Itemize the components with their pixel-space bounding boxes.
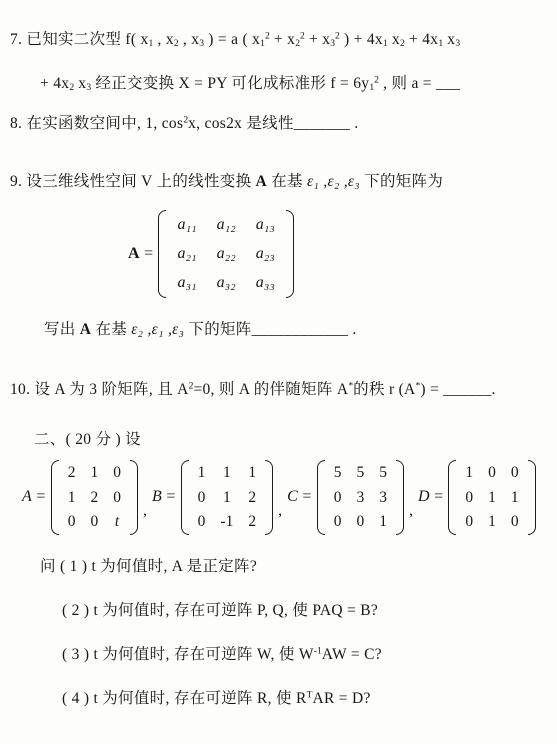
- section-2-question-1: 问 ( 1 ) t 为何值时, A 是正定阵?: [10, 557, 551, 577]
- matrix-B-grid: 1110120-12: [181, 460, 273, 535]
- section-2-question-4: ( 4 ) t 为何值时, 存在可逆阵 R, 使 RTAR = D?: [10, 689, 551, 709]
- matrix-A-label: A =: [128, 245, 153, 263]
- problem-9-statement: 9. 设三维线性空间 V 上的线性变换 A 在基 ε₁ ,ε₂ ,ε₃ 下的矩阵…: [10, 172, 551, 192]
- matrix-B-label: B =: [152, 488, 176, 506]
- matrix-A2-label: A =: [22, 488, 46, 506]
- problem-9-answer-line: 写出 A 在基 ε₂ ,ε₁ ,ε₃ 下的矩阵____________ .: [10, 320, 551, 340]
- matrix-D-grid: 100011010: [448, 460, 535, 535]
- problem-7-line-1: 7. 已知实二次型 f( x1 , x2 , x3 ) = a ( x12 + …: [10, 30, 551, 50]
- matrix-A-grid: a₁₁a₁₂a₁₃a₂₁a₂₂a₂₃a₃₁a₃₂a₃₃: [158, 210, 293, 298]
- section-2-question-2: ( 2 ) t 为何值时, 存在可逆阵 P, Q, 使 PAQ = B?: [10, 601, 551, 621]
- matrix-A-block: A = 21012000t: [22, 460, 138, 535]
- section-2-header: 二、( 20 分 ) 设: [10, 430, 551, 450]
- problem-10: 10. 设 A 为 3 阶矩阵, 且 A2=0, 则 A 的伴随矩阵 A*的秩 …: [10, 380, 551, 400]
- matrix-separator-3: ,: [409, 474, 413, 520]
- matrix-separator-1: ,: [143, 474, 147, 520]
- exam-page: 7. 已知实二次型 f( x1 , x2 , x3 ) = a ( x12 + …: [0, 0, 557, 744]
- section-2-question-3: ( 3 ) t 为何值时, 存在可逆阵 W, 使 W-1AW = C?: [10, 645, 551, 665]
- problem-9-matrix: A = a₁₁a₁₂a₁₃a₂₁a₂₂a₂₃a₃₁a₃₂a₃₃: [128, 210, 551, 298]
- matrix-separator-2: ,: [278, 474, 282, 520]
- matrix-D-label: D =: [418, 488, 443, 506]
- section-2-matrices: A = 21012000t , B = 1110120-12 , C = 555…: [10, 460, 551, 535]
- matrix-C-grid: 555033001: [317, 460, 404, 535]
- matrix-A2-grid: 21012000t: [51, 460, 138, 535]
- matrix-C-label: C =: [287, 488, 312, 506]
- matrix-B-block: B = 1110120-12: [152, 460, 273, 535]
- matrix-C-block: C = 555033001: [287, 460, 404, 535]
- matrix-D-block: D = 100011010: [418, 460, 536, 535]
- problem-7-line-2: + 4x2 x3 经正交变换 X = PY 可化成标准形 f = 6y12 , …: [10, 74, 551, 94]
- problem-8: 8. 在实函数空间中, 1, cos2x, cos2x 是线性_______ .: [10, 114, 551, 134]
